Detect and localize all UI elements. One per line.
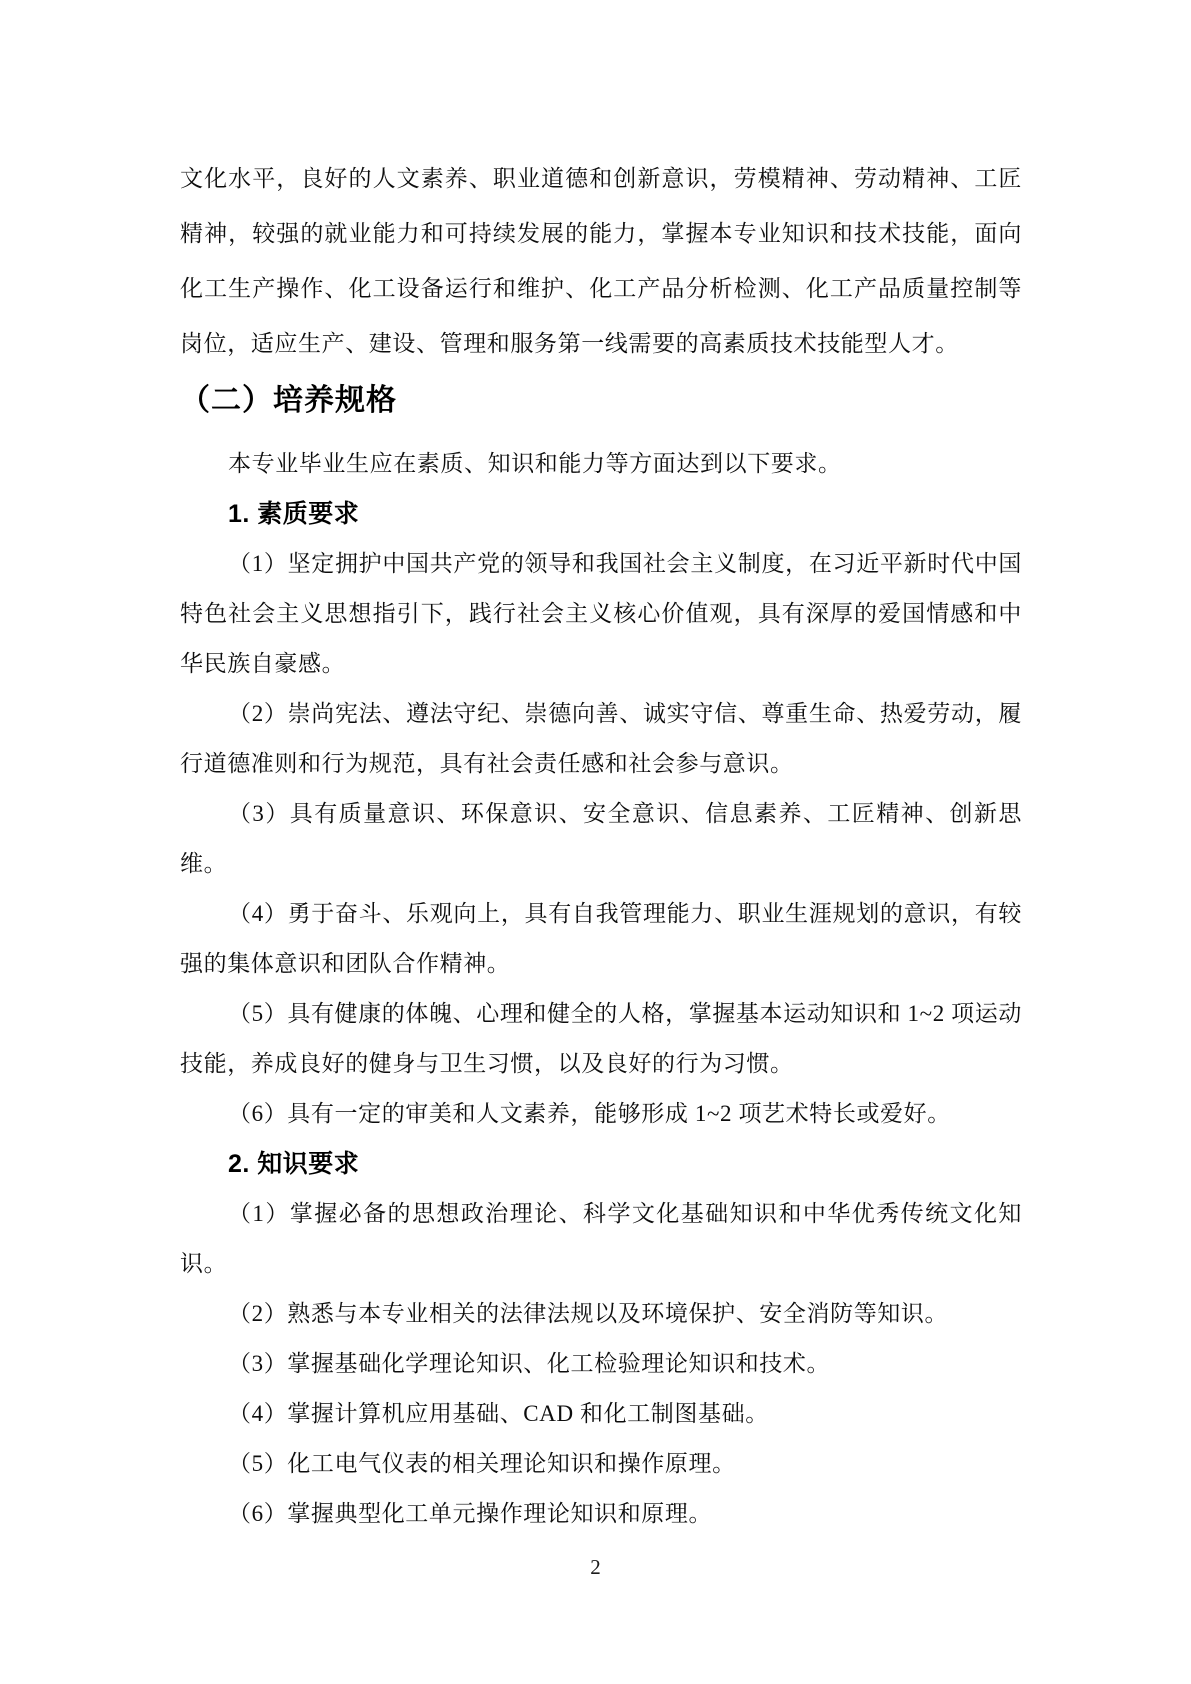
- intro-continuation-paragraph: 文化水平，良好的人文素养、职业道德和创新意识，劳模精神、劳动精神、工匠精神，较强…: [180, 151, 1022, 371]
- subsection-heading-knowledge: 2. 知识要求: [180, 1139, 1022, 1189]
- document-page: 文化水平，良好的人文素养、职业道德和创新意识，劳模精神、劳动精神、工匠精神，较强…: [0, 0, 1191, 1684]
- subsection-heading-quality: 1. 素质要求: [180, 489, 1022, 539]
- knowledge-item-3: （3）掌握基础化学理论知识、化工检验理论知识和技术。: [180, 1339, 1022, 1389]
- section-intro-paragraph: 本专业毕业生应在素质、知识和能力等方面达到以下要求。: [180, 439, 1022, 489]
- quality-item-5: （5）具有健康的体魄、心理和健全的人格，掌握基本运动知识和 1~2 项运动技能，…: [180, 989, 1022, 1089]
- quality-item-4: （4）勇于奋斗、乐观向上，具有自我管理能力、职业生涯规划的意识，有较强的集体意识…: [180, 889, 1022, 989]
- knowledge-item-6: （6）掌握典型化工单元操作理论知识和原理。: [180, 1489, 1022, 1539]
- page-number: 2: [0, 1552, 1191, 1582]
- section-heading: （二）培养规格: [180, 381, 1022, 421]
- knowledge-item-1: （1）掌握必备的思想政治理论、科学文化基础知识和中华优秀传统文化知识。: [180, 1189, 1022, 1289]
- quality-item-6: （6）具有一定的审美和人文素养，能够形成 1~2 项艺术特长或爱好。: [180, 1089, 1022, 1139]
- quality-item-3: （3）具有质量意识、环保意识、安全意识、信息素养、工匠精神、创新思维。: [180, 789, 1022, 889]
- knowledge-item-2: （2）熟悉与本专业相关的法律法规以及环境保护、安全消防等知识。: [180, 1289, 1022, 1339]
- quality-item-2: （2）崇尚宪法、遵法守纪、崇德向善、诚实守信、尊重生命、热爱劳动，履行道德准则和…: [180, 689, 1022, 789]
- knowledge-item-5: （5）化工电气仪表的相关理论知识和操作原理。: [180, 1439, 1022, 1489]
- knowledge-item-4: （4）掌握计算机应用基础、CAD 和化工制图基础。: [180, 1389, 1022, 1439]
- quality-item-1: （1）坚定拥护中国共产党的领导和我国社会主义制度，在习近平新时代中国特色社会主义…: [180, 539, 1022, 689]
